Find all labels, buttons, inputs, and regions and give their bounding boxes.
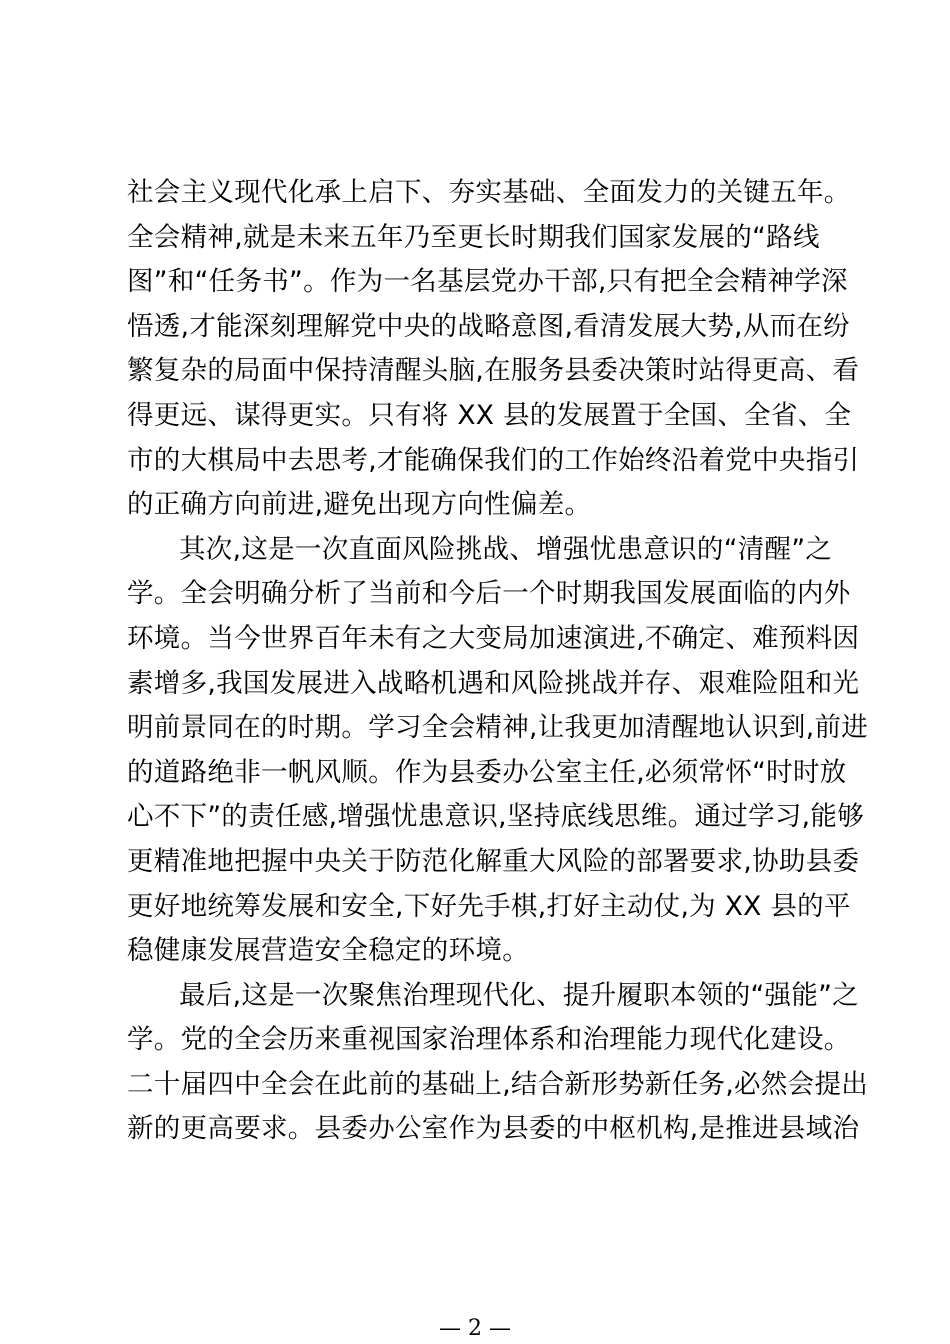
text-line: 的道路绝非一帆风顺。作为县委办公室主任,必须常怀“时时放 <box>127 751 837 796</box>
text-line: 最后,这是一次聚焦治理现代化、提升履职本领的“强能”之 <box>127 974 837 1019</box>
paragraph-2: 其次,这是一次直面风险挑战、增强忧患意识的“清醒”之 学。全会明确分析了当前和今… <box>127 528 837 974</box>
text-line: 悟透,才能深刻理解党中央的战略意图,看清发展大势,从而在纷 <box>127 305 837 350</box>
text-line: 新的更高要求。县委办公室作为县委的中枢机构,是推进县域治 <box>127 1107 837 1152</box>
text-line: 更好地统筹发展和安全,下好先手棋,打好主动仗,为 XX 县的平 <box>127 885 837 930</box>
document-page: 社会主义现代化承上启下、夯实基础、全面发力的关键五年。 全会精神,就是未来五年乃… <box>0 0 950 1344</box>
text-line: 环境。当今世界百年未有之大变局加速演进,不确定、难预料因 <box>127 617 837 662</box>
text-line: 其次,这是一次直面风险挑战、增强忧患意识的“清醒”之 <box>127 528 837 573</box>
paragraph-1: 社会主义现代化承上启下、夯实基础、全面发力的关键五年。 全会精神,就是未来五年乃… <box>127 171 837 528</box>
text-line: 心不下”的责任感,增强忧患意识,坚持底线思维。通过学习,能够 <box>127 795 837 840</box>
text-line: 学。全会明确分析了当前和今后一个时期我国发展面临的内外 <box>127 572 837 617</box>
text-line: 的正确方向前进,避免出现方向性偏差。 <box>127 483 837 528</box>
paragraph-3: 最后,这是一次聚焦治理现代化、提升履职本领的“强能”之 学。党的全会历来重视国家… <box>127 974 837 1152</box>
text-line: 图”和“任务书”。作为一名基层党办干部,只有把全会精神学深 <box>127 260 837 305</box>
text-line: 社会主义现代化承上启下、夯实基础、全面发力的关键五年。 <box>127 171 837 216</box>
text-line: 稳健康发展营造安全稳定的环境。 <box>127 929 837 974</box>
text-line: 繁复杂的局面中保持清醒头脑,在服务县委决策时站得更高、看 <box>127 349 837 394</box>
page-number: — 2 — <box>0 1316 950 1341</box>
text-line: 市的大棋局中去思考,才能确保我们的工作始终沿着党中央指引 <box>127 439 837 484</box>
text-line: 二十届四中全会在此前的基础上,结合新形势新任务,必然会提出 <box>127 1063 837 1108</box>
text-line: 全会精神,就是未来五年乃至更长时期我们国家发展的“路线 <box>127 216 837 261</box>
text-line: 素增多,我国发展进入战略机遇和风险挑战并存、艰难险阻和光 <box>127 662 837 707</box>
document-body: 社会主义现代化承上启下、夯实基础、全面发力的关键五年。 全会精神,就是未来五年乃… <box>127 171 837 1152</box>
text-line: 得更远、谋得更实。只有将 XX 县的发展置于全国、全省、全 <box>127 394 837 439</box>
text-line: 更精准地把握中央关于防范化解重大风险的部署要求,协助县委 <box>127 840 837 885</box>
text-line: 明前景同在的时期。学习全会精神,让我更加清醒地认识到,前进 <box>127 706 837 751</box>
text-line: 学。党的全会历来重视国家治理体系和治理能力现代化建设。 <box>127 1018 837 1063</box>
